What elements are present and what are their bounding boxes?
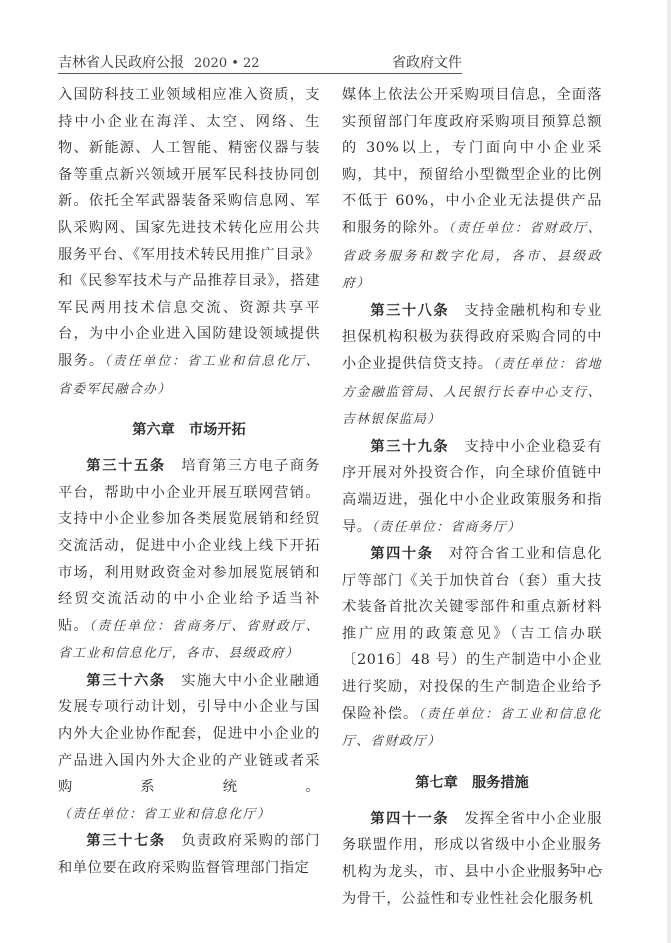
page-edge-strip (667, 0, 671, 943)
issue-number: 2020 • 22 (194, 56, 260, 71)
article-41: 第四十一条 发挥全省中小企业服务联盟作用，形成以省级中小企业服务机构为龙头，市、… (342, 806, 602, 912)
left-column: 入国防科技工业领域相应准入资质，支持中小企业在海洋、太空、网络、生物、新能源、人… (58, 82, 320, 882)
chapter-heading-7: 第七章 服务措施 (342, 770, 602, 796)
article-39: 第三十九条 支持中小企业稳妥有序开展对外投资合作，向全球价值链中高端迈进，强化中… (342, 434, 602, 541)
article-title: 第三十九条 (370, 439, 449, 455)
article-title: 第四十条 (370, 546, 433, 562)
paragraph-continued: 媒体上依法公开采购项目信息，全面落实预留部门年度政府采购项目预算总额的 30%以… (342, 82, 602, 298)
paragraph-continued: 入国防科技工业领域相应准入资质，支持中小企业在海洋、太空、网络、生物、新能源、人… (58, 82, 320, 403)
paragraph-text: 入国防科技工业领域相应准入资质，支持中小企业在海洋、太空、网络、生物、新能源、人… (58, 87, 320, 369)
article-text: 实施大中小企业融通发展专项行动计划，引导中小企业与国内外大企业协作配套，促进中小… (58, 673, 320, 795)
article-38: 第三十八条 支持金融机构和专业担保机构积极为获得政府采购合同的中小企业提供信贷支… (342, 298, 602, 434)
section-label: 省政府文件 (392, 52, 462, 72)
responsibility-note: （责任单位：省商务厅、省财政厅、省工业和信息化厅，各市、县级政府） (58, 619, 320, 662)
paragraph-text: 媒体上依法公开采购项目信息，全面落实预留部门年度政府采购项目预算总额的 30%以… (342, 87, 602, 236)
article-35: 第三十五条 培育第三方电子商务平台，帮助中小企业开展互联网营销。支持中小企业参加… (58, 453, 320, 668)
article-text: 培育第三方电子商务平台，帮助中小企业开展互联网营销。支持中小企业参加各类展览展销… (58, 458, 320, 634)
article-title: 第三十六条 (86, 673, 165, 689)
publication-title: 吉林省人民政府公报 (58, 52, 184, 72)
article-37: 第三十七条 负责政府采购的部门和单位要在政府采购监督管理部门指定 (58, 828, 320, 881)
article-title: 第三十八条 (370, 303, 449, 319)
page-number: — 15 — (532, 862, 607, 877)
article-40: 第四十条 对符合省工业和信息化厅等部门《关于加快首台（套）重大技术装备首批次关键… (342, 541, 602, 756)
right-column: 媒体上依法公开采购项目信息，全面落实预留部门年度政府采购项目预算总额的 30%以… (342, 82, 602, 912)
responsibility-note: （责任单位：省工业和信息化厅） (58, 807, 271, 822)
responsibility-note: （责任单位：省商务厅） (372, 520, 522, 535)
article-36: 第三十六条 实施大中小企业融通发展专项行动计划，引导中小企业与国内外大企业协作配… (58, 668, 320, 829)
article-text: 对符合省工业和信息化厅等部门《关于加快首台（套）重大技术装备首批次关键零部件和重… (342, 546, 602, 722)
article-title: 第三十七条 (86, 833, 165, 849)
article-title: 第三十五条 (86, 458, 165, 474)
article-title: 第四十一条 (370, 811, 449, 827)
header-left: 吉林省人民政府公报 2020 • 22 (58, 52, 260, 72)
running-header: 吉林省人民政府公报 2020 • 22 省政府文件 (58, 46, 462, 72)
chapter-heading-6: 第六章 市场开拓 (58, 417, 320, 443)
header-rule (58, 73, 462, 74)
